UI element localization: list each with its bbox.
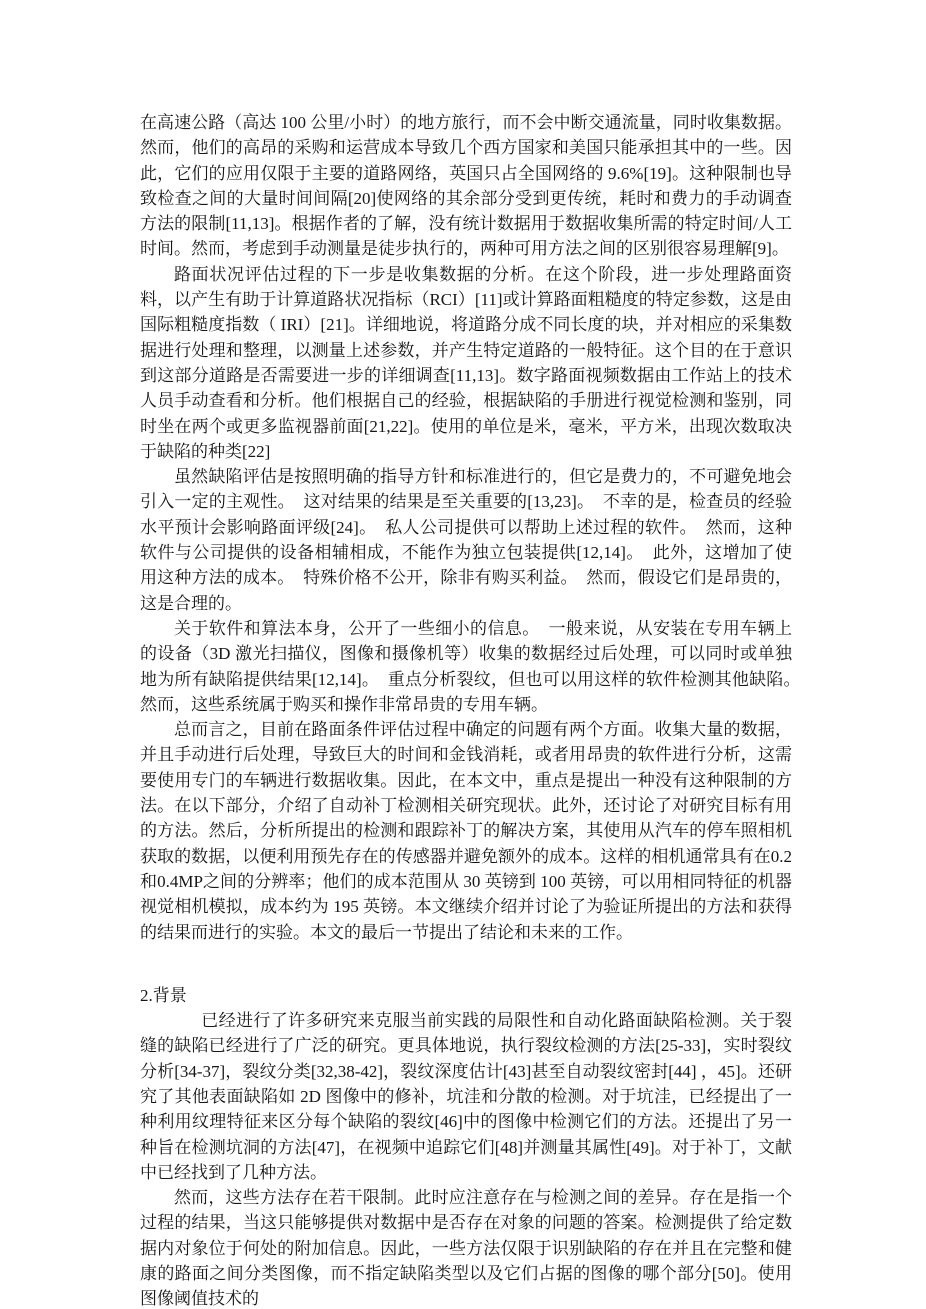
- paragraph-intro-1: 在高速公路（高达 100 公里/小时）的地方旅行，而不会中断交通流量，同时收集数…: [140, 110, 792, 262]
- paragraph-intro-3: 虽然缺陷评估是按照明确的指导方针和标准进行的，但它是费力的，不可避免地会引入一定…: [140, 464, 792, 616]
- paragraph-section2-1: 已经进行了许多研究来克服当前实践的局限性和自动化路面缺陷检测。关于裂缝的缺陷已经…: [140, 1008, 792, 1185]
- section-heading-background: 2.背景: [140, 983, 792, 1008]
- document-page: 在高速公路（高达 100 公里/小时）的地方旅行，而不会中断交通流量，同时收集数…: [0, 0, 926, 1309]
- paragraph-intro-4: 关于软件和算法本身，公开了一些细小的信息。 一般来说，从安装在专用车辆上的设备（…: [140, 616, 792, 717]
- document-body: 在高速公路（高达 100 公里/小时）的地方旅行，而不会中断交通流量，同时收集数…: [140, 110, 792, 1309]
- paragraph-intro-2: 路面状况评估过程的下一步是收集数据的分析。在这个阶段，进一步处理路面资料，以产生…: [140, 262, 792, 464]
- paragraph-intro-5: 总而言之，目前在路面条件评估过程中确定的问题有两个方面。收集大量的数据，并且手动…: [140, 717, 792, 945]
- paragraph-section2-2: 然而，这些方法存在若干限制。此时应注意存在与检测之间的差异。存在是指一个过程的结…: [140, 1185, 792, 1309]
